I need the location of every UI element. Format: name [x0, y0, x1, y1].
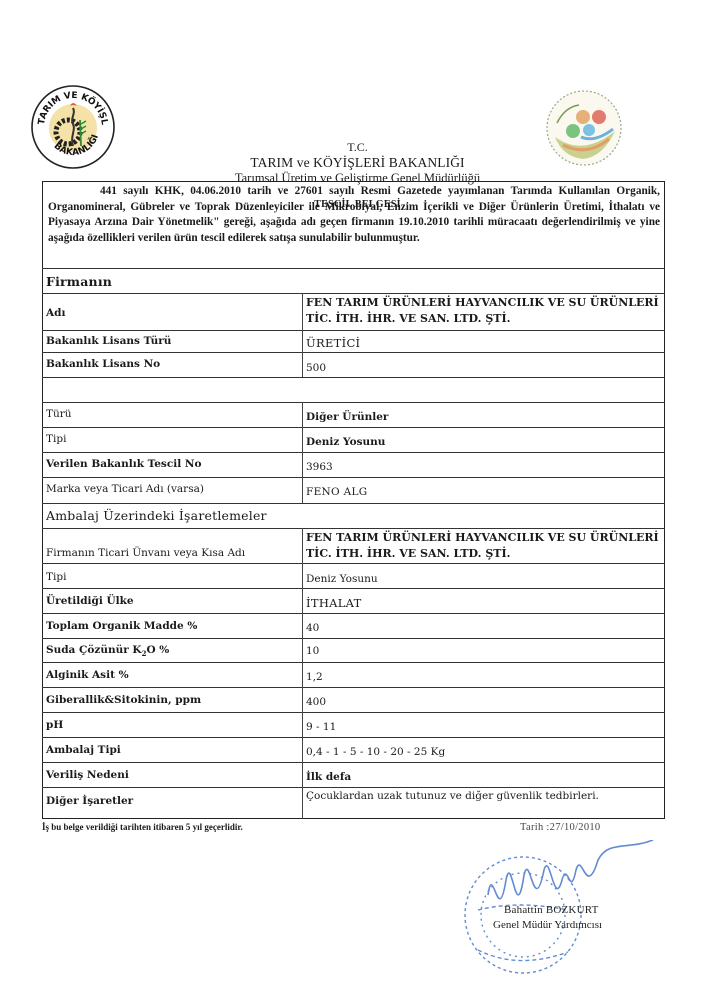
label-license-no: Bakanlık Lisans No	[46, 358, 160, 370]
label-license-type: Bakanlık Lisans Türü	[46, 335, 171, 347]
section-title-firm: Firmanın	[46, 274, 112, 289]
divider	[42, 452, 665, 453]
label-product-kind: Türü	[46, 408, 72, 420]
section-title-packaging: Ambalaj Üzerindeki İşaretlemeler	[46, 508, 267, 523]
divider	[42, 352, 665, 353]
column-divider	[302, 528, 303, 819]
divider	[42, 563, 665, 564]
republic-abbr: T.C.	[0, 140, 715, 155]
value-package-type: 0,4 - 1 - 5 - 10 - 20 - 25 Kg	[306, 746, 445, 758]
value-gibberellin: 400	[306, 696, 326, 708]
label-trade-name: Firmanın Ticari Ünvanı veya Kısa Adı	[46, 547, 245, 559]
certificate-table	[42, 181, 665, 819]
k2o-label-suffix: O %	[146, 644, 169, 656]
value-license-type: ÜRETİCİ	[306, 336, 360, 350]
divider	[42, 588, 665, 589]
value-other-markings: Çocuklardan uzak tutunuz ve diğer güvenl…	[306, 790, 599, 802]
intro-paragraph: 441 sayılı KHK, 04.06.2010 tarih ve 2760…	[44, 184, 664, 246]
label-pack-type: Tipi	[46, 571, 66, 583]
label-gibberellin: Giberallik&Sitokinin, ppm	[46, 694, 201, 706]
divider	[42, 268, 665, 269]
column-divider	[302, 402, 303, 503]
label-brand-name: Marka veya Ticari Adı (varsa)	[46, 483, 204, 495]
value-brand-name: FENO ALG	[306, 486, 367, 498]
label-k2o: Suda Çözünür K2O %	[46, 644, 169, 658]
divider	[42, 330, 665, 331]
divider	[42, 662, 665, 663]
divider	[42, 762, 665, 763]
intro-text: 441 sayılı KHK, 04.06.2010 tarih ve 2760…	[48, 184, 660, 246]
label-ph: pH	[46, 719, 63, 731]
issue-date: Tarih :27/10/2010	[520, 822, 600, 833]
label-product-type: Tipi	[46, 433, 66, 445]
label-registration-no: Verilen Bakanlık Tescil No	[46, 458, 201, 470]
divider	[42, 528, 665, 529]
value-organic-matter: 40	[306, 622, 319, 634]
divider	[42, 427, 665, 428]
value-pack-type: Deniz Yosunu	[306, 573, 378, 585]
label-package-type: Ambalaj Tipi	[46, 744, 121, 756]
label-origin-country: Üretildiği Ülke	[46, 595, 134, 607]
divider	[42, 638, 665, 639]
divider	[42, 293, 665, 294]
validity-note: İş bu belge verildiği tarihten itibaren …	[42, 822, 243, 832]
value-product-type: Deniz Yosunu	[306, 436, 385, 448]
value-trade-name-line2: TİC. İTH. İHR. VE SAN. LTD. ŞTİ.	[306, 547, 510, 560]
label-issue-reason: Veriliş Nedeni	[46, 769, 129, 781]
signer-name: Bahattin BOZKURT	[504, 904, 599, 916]
column-divider	[302, 293, 303, 377]
divider	[42, 712, 665, 713]
divider	[42, 687, 665, 688]
divider	[42, 787, 665, 788]
value-trade-name-line1: FEN TARIM ÜRÜNLERİ HAYVANCILIK VE SU ÜRÜ…	[306, 531, 659, 544]
divider	[42, 613, 665, 614]
value-firm-name-line1: FEN TARIM ÜRÜNLERİ HAYVANCILIK VE SU ÜRÜ…	[306, 296, 659, 309]
label-other-markings: Diğer İşaretler	[46, 795, 133, 807]
divider	[42, 377, 665, 378]
value-origin-country: İTHALAT	[306, 596, 362, 610]
label-firm-name: Adı	[46, 307, 65, 319]
value-issue-reason: İlk defa	[306, 771, 351, 783]
label-alginic-acid: Alginik Asit %	[46, 669, 129, 681]
value-registration-no: 3963	[306, 461, 333, 473]
value-ph: 9 - 11	[306, 721, 336, 733]
divider	[42, 402, 665, 403]
ministry-name: TARIM ve KÖYİŞLERİ BAKANLIĞI	[0, 155, 715, 171]
value-firm-name-line2: TİC. İTH. İHR. VE SAN. LTD. ŞTİ.	[306, 312, 510, 325]
divider	[42, 503, 665, 504]
divider	[42, 737, 665, 738]
k2o-label-prefix: Suda Çözünür K	[46, 644, 142, 656]
signer-title: Genel Müdür Yardımcısı	[493, 919, 602, 931]
value-product-kind: Diğer Ürünler	[306, 411, 388, 423]
value-license-no: 500	[306, 362, 326, 374]
value-alginic-acid: 1,2	[306, 671, 323, 683]
label-organic-matter: Toplam Organik Madde %	[46, 620, 197, 632]
value-k2o: 10	[306, 645, 319, 657]
divider	[42, 477, 665, 478]
